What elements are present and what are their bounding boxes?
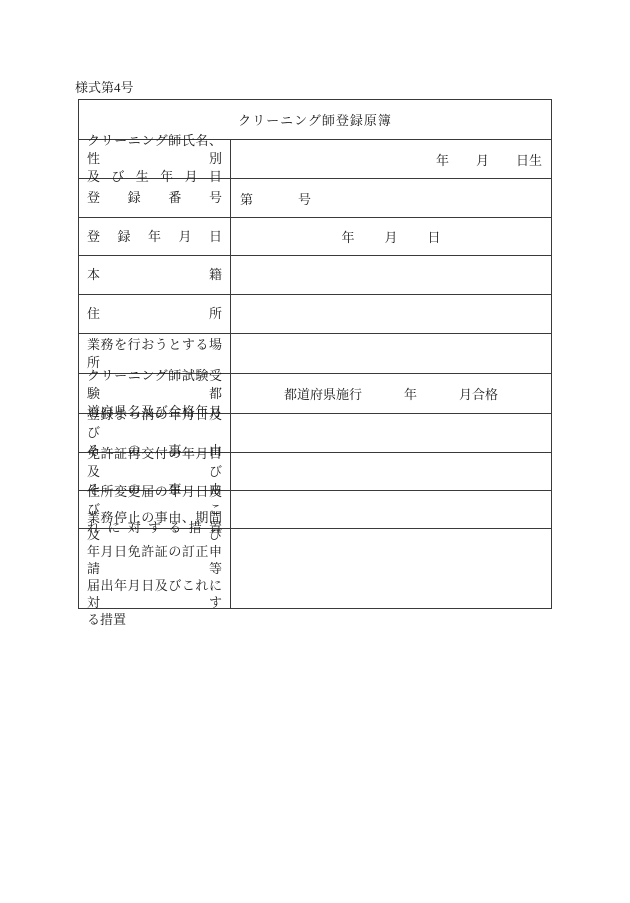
label-line: る措置	[87, 611, 222, 628]
row-business-suspension: 業務停止の事由、期間及び 年月日免許証の訂正申請等 届出年月日及びこれに対す る…	[79, 528, 551, 608]
row-value	[231, 256, 551, 294]
label-line: 本籍	[87, 266, 222, 284]
value-segment: 日生	[516, 150, 542, 169]
label-line: 登録年月日	[87, 228, 222, 246]
row-value: 都道府県施行 年 月合格	[231, 374, 551, 413]
label-line: 届出年月日及びこれに対す	[87, 577, 222, 611]
label-line: クリーニング師氏名、性別	[87, 132, 222, 168]
row-registered-domicile: 本籍	[79, 255, 551, 294]
label-line: 住所	[87, 305, 222, 323]
row-value: 年 月 日生	[231, 140, 551, 178]
label-line: 免許証再交付の年月日及び	[87, 445, 222, 481]
table-title: クリーニング師登録原簿	[238, 110, 392, 129]
label-line: クリーニング師試験受験都	[87, 367, 222, 403]
label-line: 年月日免許証の訂正申請等	[87, 543, 222, 577]
value-segment: 号	[298, 189, 311, 208]
value-segment: 年	[341, 227, 354, 246]
row-label: クリーニング師氏名、性別 及び生年月日	[79, 140, 231, 178]
label-line: 業務停止の事由、期間及び	[87, 509, 222, 543]
row-registration-date: 登録年月日 年 月 日	[79, 217, 551, 255]
row-value	[231, 414, 551, 452]
value-segment: 月	[476, 150, 489, 169]
value-segment: 月	[384, 227, 397, 246]
row-address: 住所	[79, 294, 551, 333]
row-label: 本籍	[79, 256, 231, 294]
value-segment: 第	[240, 189, 253, 208]
label-line: 登録番号	[87, 189, 222, 207]
row-registration-number: 登録番号 第 号	[79, 178, 551, 217]
row-value	[231, 453, 551, 490]
form-number-label: 様式第4号	[75, 80, 134, 95]
row-value: 第 号	[231, 179, 551, 217]
value-segment: 年	[404, 384, 417, 403]
value-segment: 日	[428, 227, 441, 246]
row-value: 年 月 日	[231, 218, 551, 255]
row-value	[231, 334, 551, 373]
label-line: 登録まっ消の年月日及び	[87, 406, 222, 442]
row-cleaner-name-sex-birthdate: クリーニング師氏名、性別 及び生年月日 年 月 日生	[79, 139, 551, 178]
row-value	[231, 295, 551, 333]
value-segment: 月合格	[459, 384, 498, 403]
row-value	[231, 529, 551, 608]
row-value	[231, 491, 551, 528]
value-segment: 都道府県施行	[284, 384, 362, 403]
registry-table: クリーニング師登録原簿 クリーニング師氏名、性別 及び生年月日 年 月 日生 登…	[78, 99, 552, 609]
row-label: 登録年月日	[79, 218, 231, 255]
row-label: 住所	[79, 295, 231, 333]
value-segment: 年	[436, 150, 449, 169]
row-label: 業務停止の事由、期間及び 年月日免許証の訂正申請等 届出年月日及びこれに対す る…	[79, 529, 231, 608]
row-label: 登録番号	[79, 179, 231, 217]
